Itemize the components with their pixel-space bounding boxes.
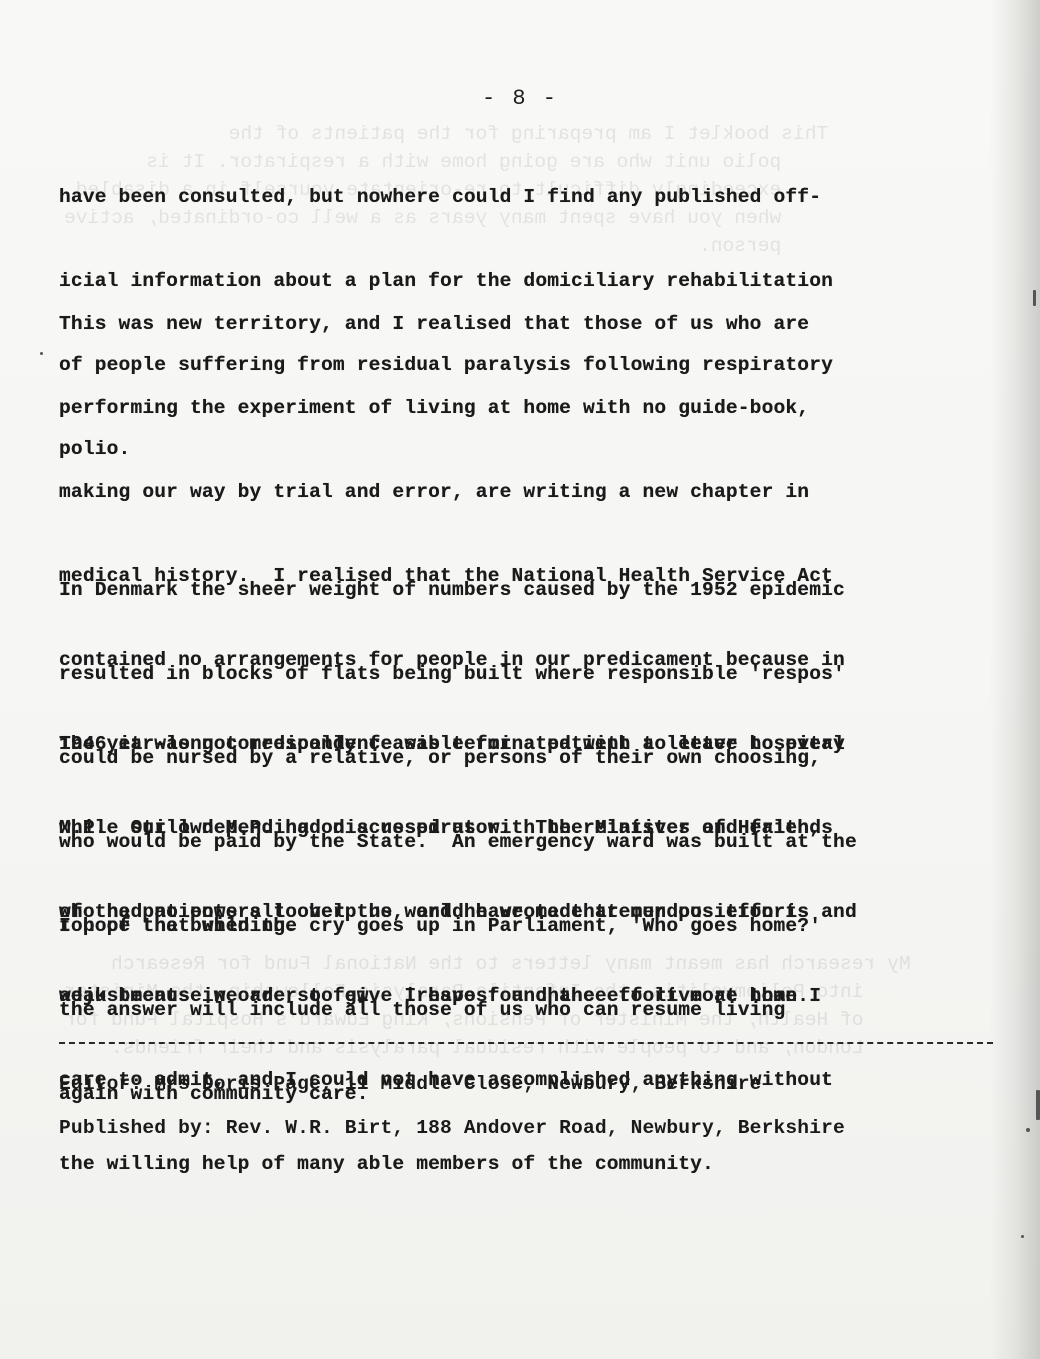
editor-credit: Editor: Mrs Doris Page, 11 Middle Close,… — [59, 1070, 762, 1098]
scan-speck — [1021, 1235, 1024, 1238]
scan-mark — [1036, 1090, 1040, 1120]
text-line: M.P. Our own M.P. had discussed us with … — [59, 814, 845, 842]
page-number: - 8 - — [0, 86, 1040, 111]
scan-speck — [40, 352, 43, 355]
text-line: have been consulted, but nowhere could I… — [59, 183, 833, 211]
text-line: The year-long correspondence was termina… — [59, 730, 845, 758]
scan-speck — [1026, 1128, 1030, 1132]
text-line: the answer will include all those of us … — [59, 996, 821, 1024]
dashed-divider — [59, 1042, 993, 1044]
text-line: In Denmark the sheer weight of numbers c… — [59, 576, 857, 604]
text-line: I hope that when the cry goes up in Parl… — [59, 912, 821, 940]
text-line: This was new territory, and I realised t… — [59, 310, 857, 338]
publisher-credit: Published by: Rev. W.R. Birt, 188 Andove… — [59, 1114, 845, 1142]
typewritten-page: This booklet I am preparing for the pati… — [0, 0, 1040, 1359]
scan-mark — [1033, 290, 1036, 306]
text-line: performing the experiment of living at h… — [59, 394, 857, 422]
text-line: making our way by trial and error, are w… — [59, 478, 857, 506]
